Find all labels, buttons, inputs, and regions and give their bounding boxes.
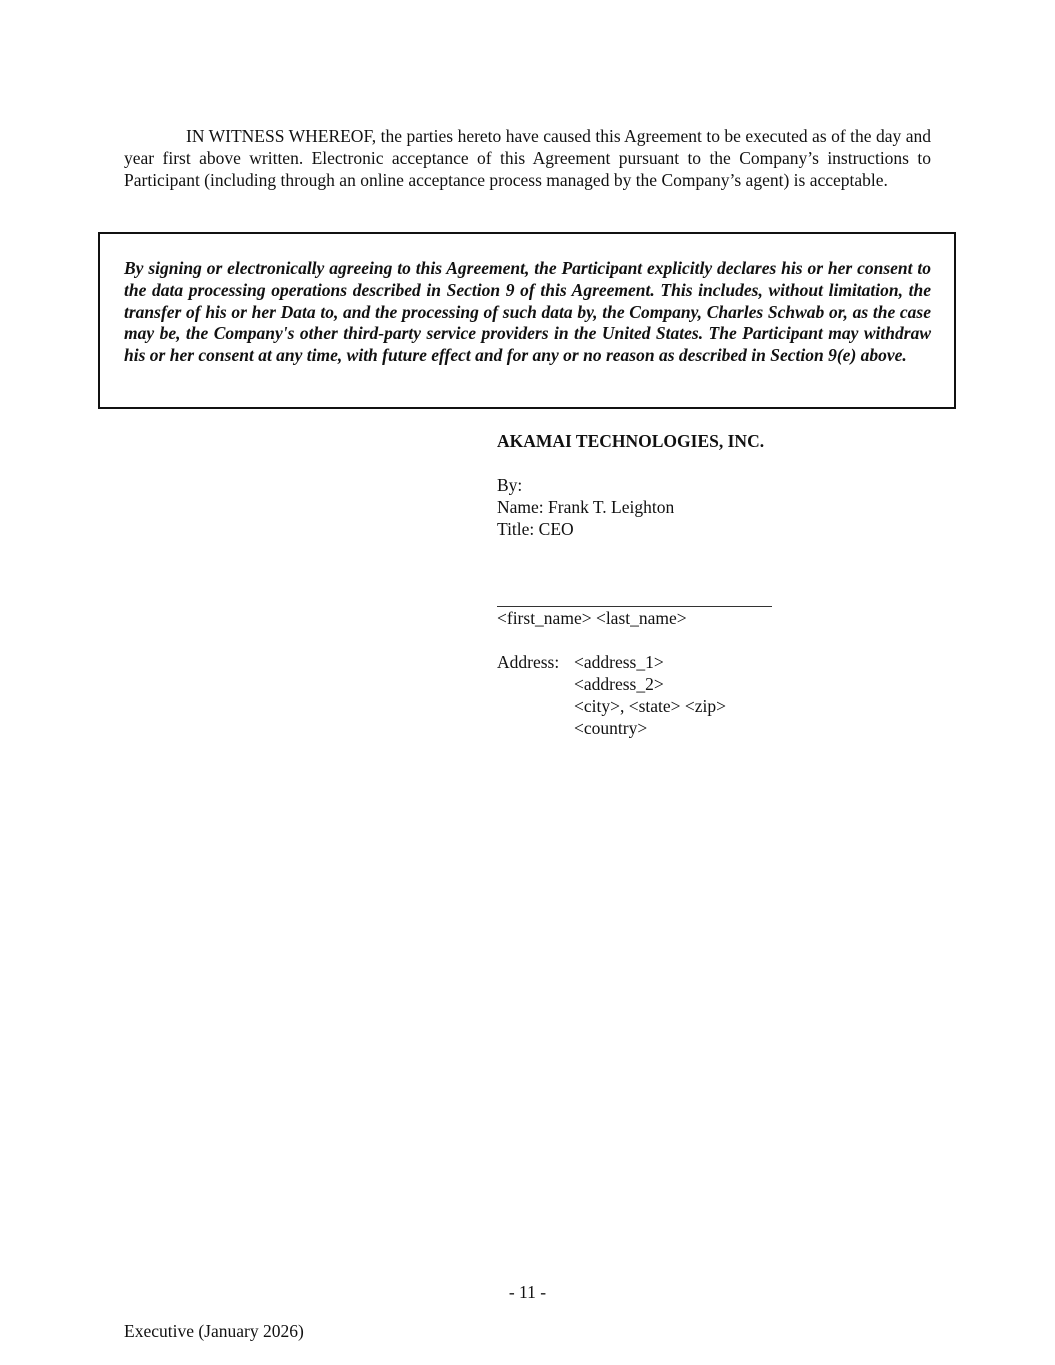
company-name: AKAMAI TECHNOLOGIES, INC. [497,430,917,452]
signature-block: AKAMAI TECHNOLOGIES, INC. By: Name: Fran… [497,430,917,739]
signer-name: Name: Frank T. Leighton [497,496,917,518]
spacer [497,629,917,651]
page-number: - 11 - [0,1281,1055,1303]
signer-by: By: [497,474,917,496]
consent-text: By signing or electronically agreeing to… [124,258,931,367]
address-line-2: <address_2> [574,673,726,695]
address-lines: <address_1> <address_2> <city>, <state> … [574,651,726,739]
witness-paragraph: IN WITNESS WHEREOF, the parties hereto h… [124,125,931,191]
address-line-1: <address_1> [574,651,726,673]
address-city-state-zip: <city>, <state> <zip> [574,695,726,717]
consent-box: By signing or electronically agreeing to… [98,232,956,409]
witness-text: IN WITNESS WHEREOF, the parties hereto h… [124,126,931,190]
address-row: Address: <address_1> <address_2> <city>,… [497,651,917,739]
footer-text: Executive (January 2026) [124,1320,304,1342]
spacer [497,452,917,474]
address-label: Address: [497,651,574,739]
address-country: <country> [574,717,726,739]
signer-title: Title: CEO [497,518,917,540]
signature-line [497,590,772,607]
participant-name: <first_name> <last_name> [497,607,917,629]
